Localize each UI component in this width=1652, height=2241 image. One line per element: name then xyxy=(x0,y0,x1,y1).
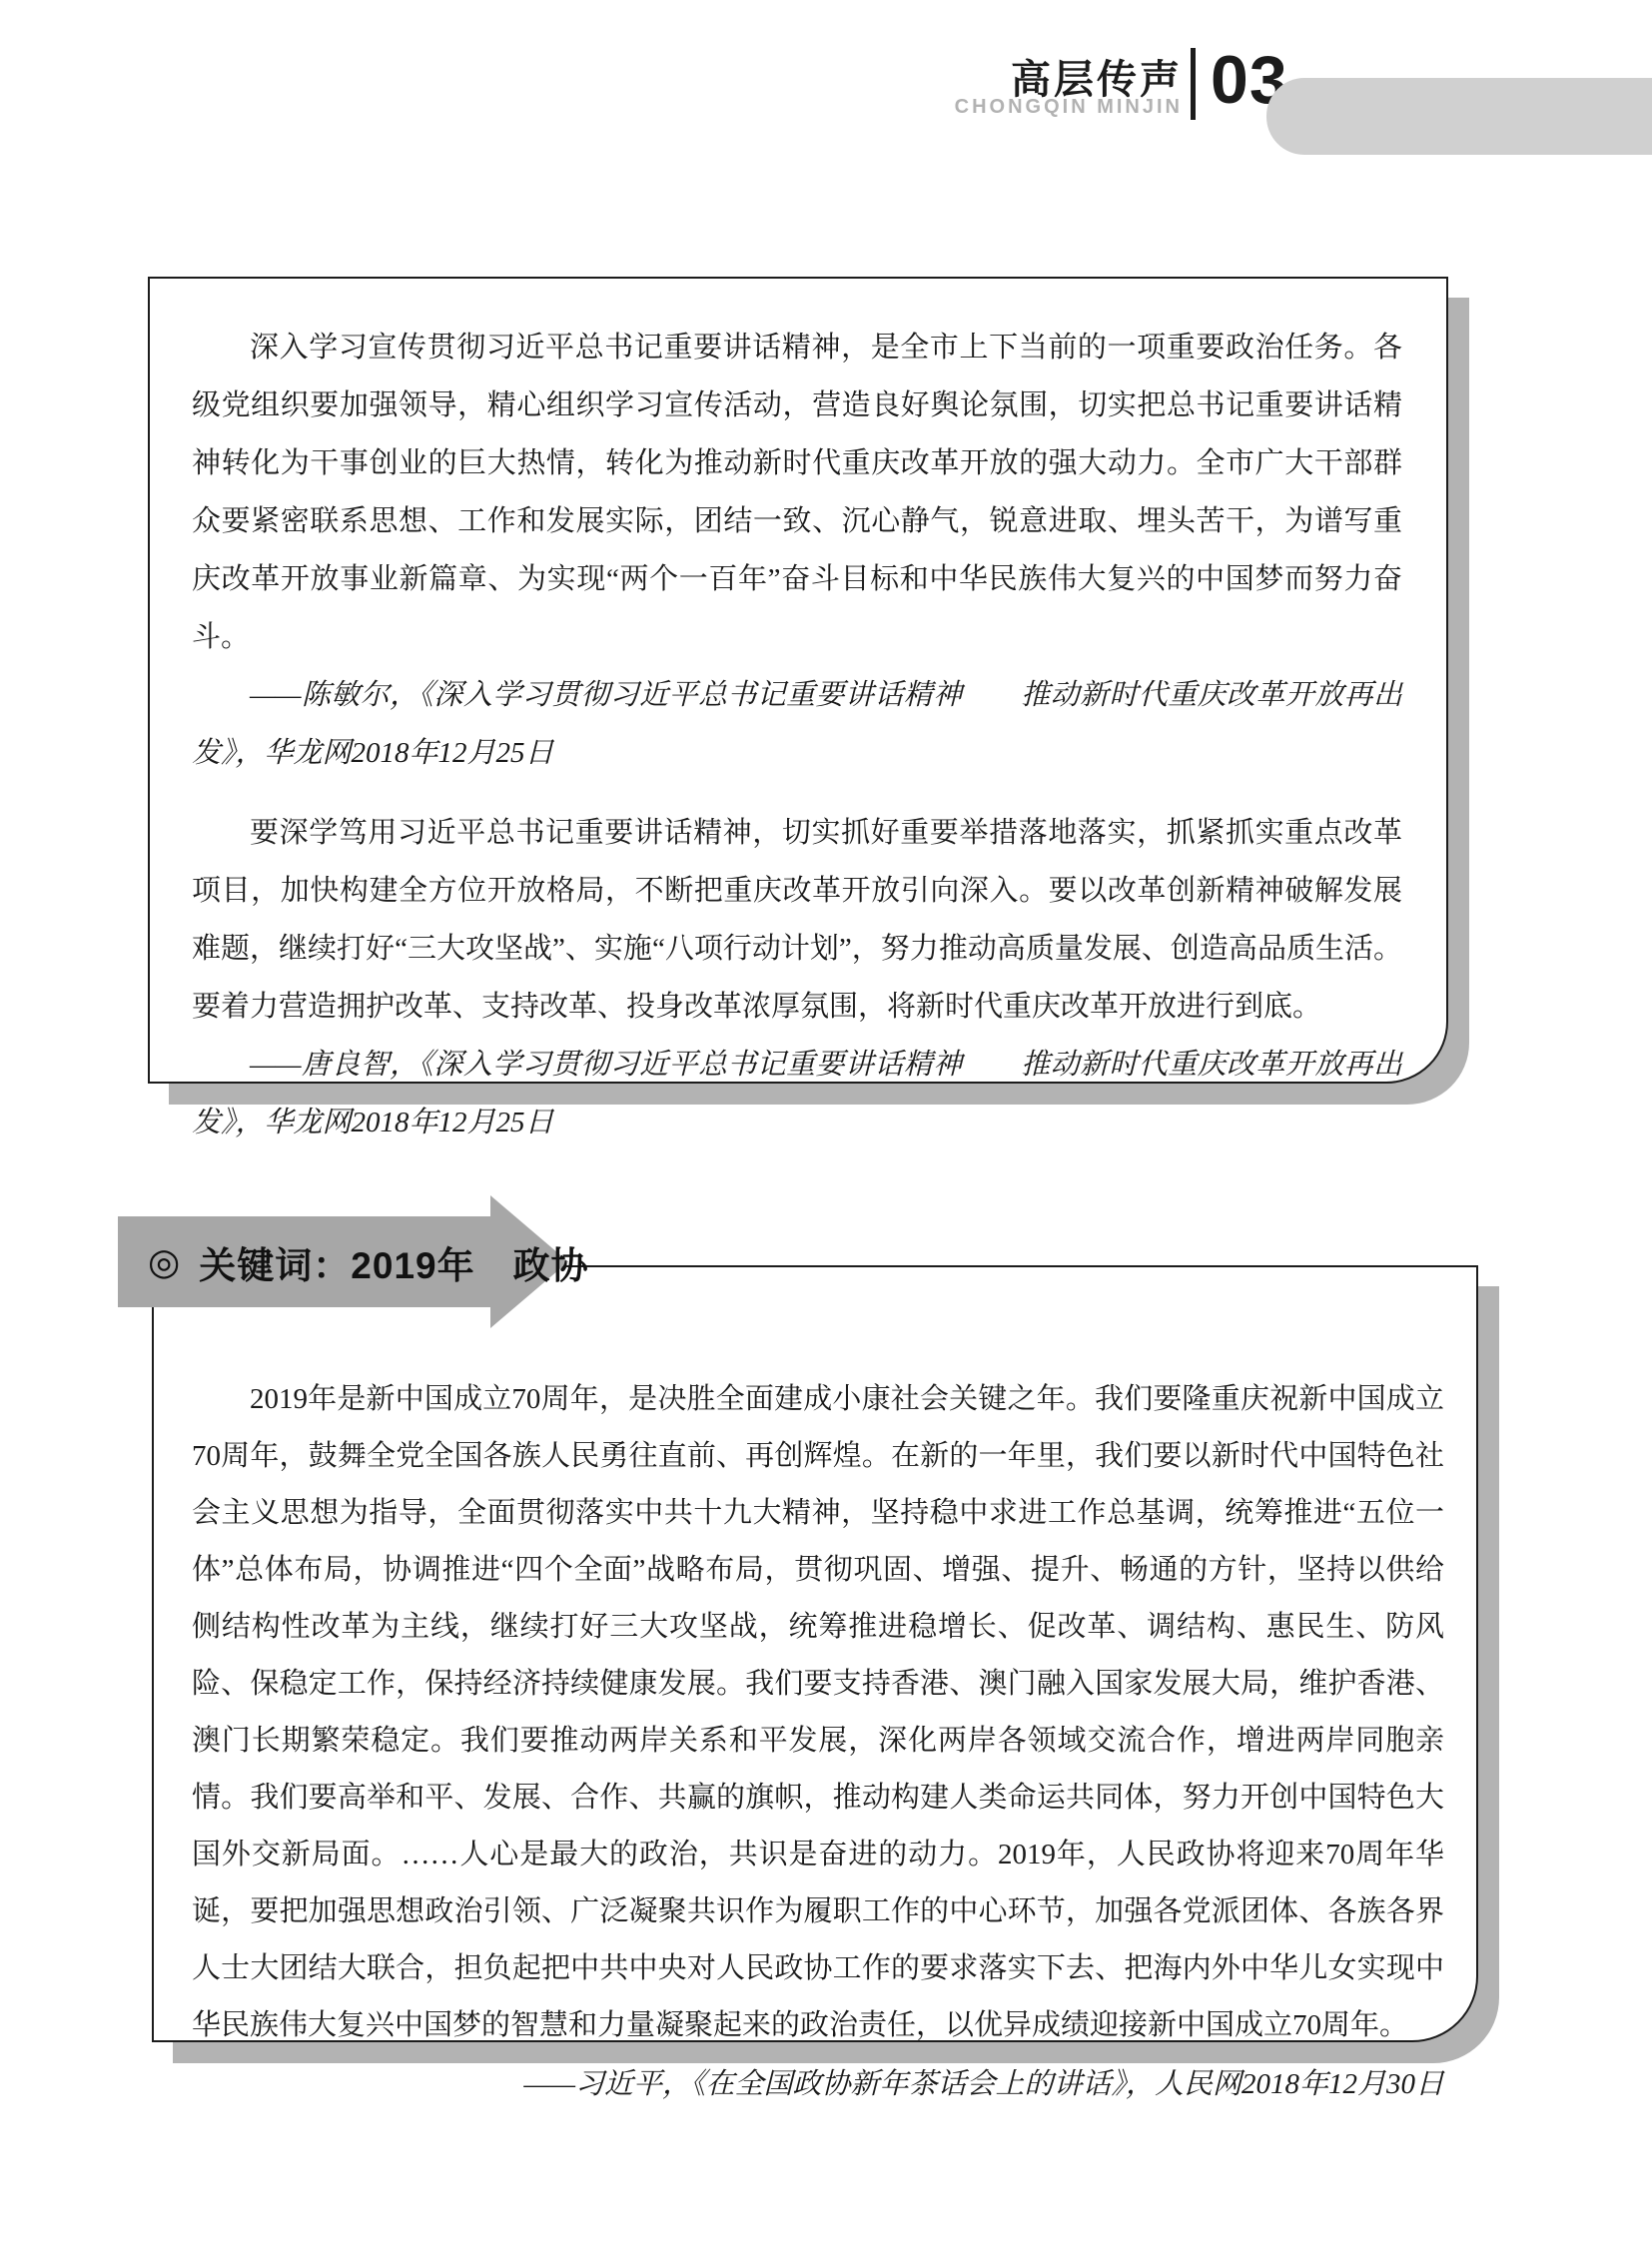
page-subtitle: CHONGQIN MINJIN xyxy=(955,96,1183,119)
quote-3-text: 2019年是新中国成立70周年，是决胜全面建成小康社会关键之年。我们要隆重庆祝新… xyxy=(192,1371,1444,2054)
header-tab-decoration xyxy=(1266,78,1652,155)
double-circle-icon: ◎ xyxy=(148,1240,181,1283)
page: 高层传声 CHONGQIN MINJIN 03 深入学习宣传贯彻习近平总书记重要… xyxy=(0,0,1652,2241)
quote-box-2: 2019年是新中国成立70周年，是决胜全面建成小康社会关键之年。我们要隆重庆祝新… xyxy=(152,1265,1478,2042)
keyword-banner-text: 关键词：2019年 政协 xyxy=(199,1235,588,1289)
header-divider xyxy=(1191,48,1196,120)
quote-box-1: 深入学习宣传贯彻习近平总书记重要讲话精神，是全市上下当前的一项重要政治任务。各级… xyxy=(148,277,1448,1084)
quote-3-attribution: ——习近平，《在全国政协新年茶话会上的讲话》，人民网2018年12月30日 xyxy=(192,2056,1444,2113)
quote-1-text: 深入学习宣传贯彻习近平总书记重要讲话精神，是全市上下当前的一项重要政治任务。各级… xyxy=(192,319,1402,666)
keyword-banner-label: ◎ 关键词：2019年 政协 xyxy=(148,1216,489,1307)
quote-2-attribution: ——唐良智，《深入学习贯彻习近平总书记重要讲话精神 推动新时代重庆改革开放再出发… xyxy=(192,1036,1402,1151)
quote-1-attribution: ——陈敏尔，《深入学习贯彻习近平总书记重要讲话精神 推动新时代重庆改革开放再出发… xyxy=(192,666,1402,782)
keyword-banner: ◎ 关键词：2019年 政协 xyxy=(118,1195,569,1328)
quote-2-text: 要深学笃用习近平总书记重要讲话精神，切实抓好重要举措落地落实，抓紧抓实重点改革项… xyxy=(192,804,1402,1036)
